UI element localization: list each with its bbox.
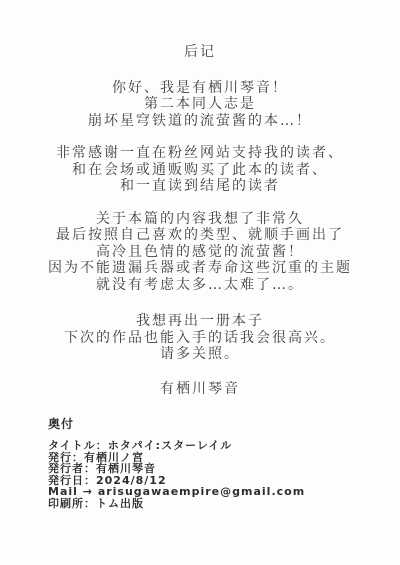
text-line: 关于本篇的内容我想了非常久 xyxy=(0,211,400,228)
afterword-page: 后记 你好、我是有栖川琴音！ 第二本同人志是 崩坏星穹铁道的流萤酱的本…！ 非常… xyxy=(0,0,400,565)
page-title: 后记 xyxy=(0,0,400,61)
text-line: 高冷且色情的感觉的流萤酱！ xyxy=(0,244,400,261)
text-line: 第二本同人志是 xyxy=(0,96,400,113)
author-signature: 有栖川琴音 xyxy=(0,381,400,398)
colophon: 奥付 タイトル：ホタパイ:スターレイル 発行：有栖川ノ宮 発行者：有栖川琴音 発… xyxy=(48,417,400,510)
colophon-row-printer: 印刷所：トム出版 xyxy=(48,498,400,510)
colophon-rows: タイトル：ホタパイ:スターレイル 発行：有栖川ノ宮 発行者：有栖川琴音 発行日：… xyxy=(48,440,400,510)
text-line: 崩坏星穹铁道的流萤酱的本…！ xyxy=(0,113,400,130)
paragraph-thanks: 非常感谢一直在粉丝网站支持我的读者、 和在会场或通贩购买了此本的读者、 和一直读… xyxy=(0,145,400,195)
text-line: 我想再出一册本子 xyxy=(0,313,400,330)
text-line: 因为不能遗漏兵器或者寿命这些沉重的主题 xyxy=(0,260,400,277)
colophon-heading: 奥付 xyxy=(48,417,400,431)
afterword-body: 后记 你好、我是有栖川琴音！ 第二本同人志是 崩坏星穹铁道的流萤酱的本…！ 非常… xyxy=(0,0,400,397)
colophon-separator: ： xyxy=(84,497,96,510)
text-line: 下次的作品也能入手的话我会很高兴。 xyxy=(0,330,400,347)
text-line: 你好、我是有栖川琴音！ xyxy=(0,80,400,97)
paragraph-content-notes: 关于本篇的内容我想了非常久 最后按照自己喜欢的类型、就顺手画出了 高冷且色情的感… xyxy=(0,211,400,294)
text-line: 请多关照。 xyxy=(0,346,400,363)
colophon-label: 印刷所 xyxy=(48,497,84,510)
paragraph-closing: 我想再出一册本子 下次的作品也能入手的话我会很高兴。 请多关照。 xyxy=(0,313,400,363)
text-line: 就没有考虑太多…太难了…。 xyxy=(0,277,400,294)
colophon-value: トム出版 xyxy=(96,497,144,510)
text-line: 和在会场或通贩购买了此本的读者、 xyxy=(0,162,400,179)
text-line: 最后按照自己喜欢的类型、就顺手画出了 xyxy=(0,227,400,244)
text-line: 和一直读到结尾的读者 xyxy=(0,178,400,195)
paragraph-greeting: 你好、我是有栖川琴音！ 第二本同人志是 崩坏星穹铁道的流萤酱的本…！ xyxy=(0,80,400,130)
text-line: 非常感谢一直在粉丝网站支持我的读者、 xyxy=(0,145,400,162)
